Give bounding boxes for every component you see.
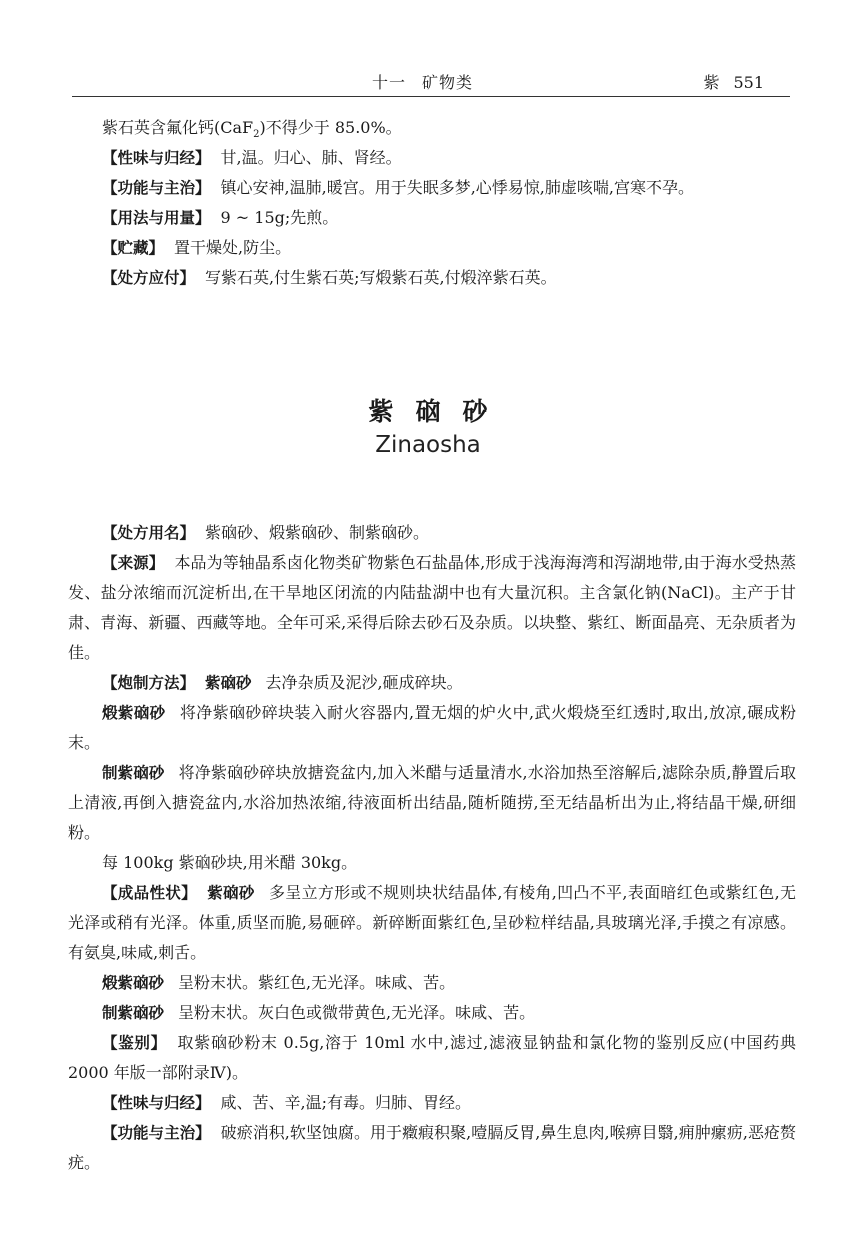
section-functions: 【功能与主治】破瘀消积,软坚蚀腐。用于癥瘕积聚,噎膈反胃,鼻生息肉,喉痹目翳,痈… xyxy=(68,1118,796,1178)
subitem-name: 煅紫硇砂 xyxy=(102,704,165,722)
chapter-heading: 十一矿物类 xyxy=(372,70,473,93)
section-identification: 【鉴别】取紫硇砂粉末 0.5g,溶于 10ml 水中,滤过,滤液显钠盐和氯化物的… xyxy=(68,1028,796,1088)
page-number: 551 xyxy=(733,73,764,92)
subitem-name: 制紫硇砂 xyxy=(102,1004,164,1022)
section-tag: 【来源】 xyxy=(102,554,164,572)
entry-pinyin: Zinaosha xyxy=(0,432,856,458)
header-rule xyxy=(72,96,790,97)
processing-note: 每 100kg 紫硇砂块,用米醋 30kg。 xyxy=(68,848,796,878)
section-tag: 【功能与主治】 xyxy=(102,179,211,197)
running-header: 十一矿物类 紫551 xyxy=(72,66,790,96)
processing-calcined: 煅紫硇砂将净紫硇砂碎块装入耐火容器内,置无烟的炉火中,武火煅烧至红透时,取出,放… xyxy=(68,698,796,758)
chapter-number: 十一 xyxy=(372,73,406,92)
section-processing: 【炮制方法】紫硇砂去净杂质及泥沙,砸成碎块。 xyxy=(68,668,796,698)
section-characteristics: 【成品性状】紫硇砂多呈立方形或不规则块状结晶体,有棱角,凹凸不平,表面暗红色或紫… xyxy=(68,878,796,968)
index-character: 紫 xyxy=(703,73,719,92)
book-page: 十一矿物类 紫551 紫石英含氟化钙(CaF2)不得少于 85.0%。 【性味与… xyxy=(0,0,856,1239)
page-marker: 紫551 xyxy=(703,70,764,93)
section-tag: 【功能与主治】 xyxy=(102,1124,211,1142)
section-storage: 【贮藏】置干燥处,防尘。 xyxy=(68,233,796,263)
section-tag: 【性味与归经】 xyxy=(102,1094,211,1112)
section-tag: 【鉴别】 xyxy=(102,1034,167,1052)
section-nature-meridian: 【性味与归经】甘,温。归心、肺、肾经。 xyxy=(68,143,796,173)
section-dispensing: 【处方应付】写紫石英,付生紫石英;写煅紫石英,付煅淬紫石英。 xyxy=(68,263,796,293)
characteristics-prepared: 制紫硇砂呈粉末状。灰白色或微带黄色,无光泽。味咸、苦。 xyxy=(68,998,796,1028)
section-tag: 【炮制方法】 xyxy=(102,674,195,692)
entry-title: 紫硇砂 xyxy=(0,392,856,428)
subitem-name: 煅紫硇砂 xyxy=(102,974,164,992)
content-requirement: 紫石英含氟化钙(CaF2)不得少于 85.0%。 xyxy=(68,113,796,143)
chapter-title: 矿物类 xyxy=(422,73,473,92)
processing-prepared: 制紫硇砂将净紫硇砂碎块放搪瓷盆内,加入米醋与适量清水,水浴加热至溶解后,滤除杂质… xyxy=(68,758,796,848)
characteristics-calcined: 煅紫硇砂呈粉末状。紫红色,无光泽。味咸、苦。 xyxy=(68,968,796,998)
section-tag: 【处方用名】 xyxy=(102,524,195,542)
section-tag: 【用法与用量】 xyxy=(102,209,211,227)
section-prescription-names: 【处方用名】紫硇砂、煅紫硇砂、制紫硇砂。 xyxy=(68,518,796,548)
section-source: 【来源】本品为等轴晶系卤化物类矿物紫色石盐晶体,形成于浅海海湾和泻湖地带,由于海… xyxy=(68,548,796,668)
subitem-name: 紫硇砂 xyxy=(207,884,255,902)
section-tag: 【处方应付】 xyxy=(102,269,195,287)
section-tag: 【成品性状】 xyxy=(102,884,197,902)
subitem-name: 制紫硇砂 xyxy=(102,764,165,782)
section-tag: 【贮藏】 xyxy=(102,239,164,257)
section-dosage: 【用法与用量】9 ~ 15g;先煎。 xyxy=(68,203,796,233)
subitem-name: 紫硇砂 xyxy=(205,674,252,692)
section-nature-meridian: 【性味与归经】咸、苦、辛,温;有毒。归肺、胃经。 xyxy=(68,1088,796,1118)
section-tag: 【性味与归经】 xyxy=(102,149,211,167)
section-functions: 【功能与主治】镇心安神,温肺,暖宫。用于失眠多梦,心悸易惊,肺虚咳喘,宫寒不孕。 xyxy=(68,173,796,203)
entry-body: 【处方用名】紫硇砂、煅紫硇砂、制紫硇砂。 【来源】本品为等轴晶系卤化物类矿物紫色… xyxy=(68,518,796,1178)
previous-entry-tail: 紫石英含氟化钙(CaF2)不得少于 85.0%。 【性味与归经】甘,温。归心、肺… xyxy=(68,113,796,293)
